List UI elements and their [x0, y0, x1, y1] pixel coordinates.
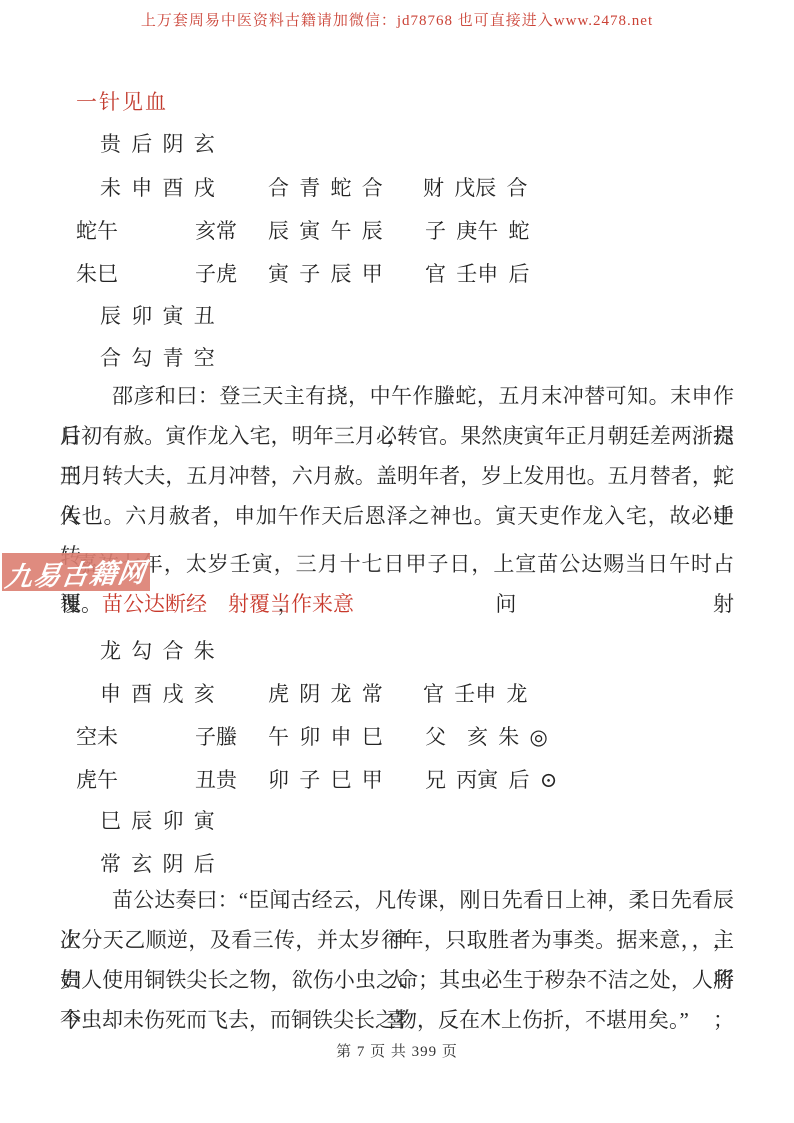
- paragraph-line: 苗公达奏曰：“臣闻古经云，凡传课，刚日先看日上神，柔日先看辰上神，: [60, 880, 734, 920]
- paragraph-line: 妇人使用铜铁尖长之物，欲伤小虫之命；其虫必生于秽杂不洁之处，人所不喜；: [60, 960, 734, 1000]
- chart-row-middle-2: 朱巳 子虎 寅 子 辰 甲 官 壬申 后: [60, 258, 734, 284]
- paragraph-jiayou: 嘉祐七年，太岁壬寅，三月十七日甲子日，上宣苗公达赐当日午时占课，问射 覆。苗公达…: [60, 544, 734, 624]
- paragraph-miao: 苗公达奏曰：“臣闻古经云，凡传课，刚日先看日上神，柔日先看辰上神， 次分天乙顺逆…: [60, 880, 734, 1040]
- paragraph-line: 次分天乙顺逆，及看三传，并太岁行年，只取胜者为事类。据来意，，主贵人将: [60, 920, 734, 960]
- liuren-chart-2: 龙 勾 合 朱 申 酉 戌 亥 虎 阴 龙 常 官 壬申 龙 空未 子螣 午 卯…: [60, 635, 734, 880]
- chart-row-heaven-top: 龙 勾 合 朱: [60, 635, 734, 661]
- paragraph-line: 三月转大夫，五月冲替，六月赦。盖明年者，岁上发用也。五月替者，蛇入中: [60, 456, 734, 496]
- chart-cell: 兄 丙寅 后 ⊙: [425, 764, 557, 794]
- paragraph-line: 邵彦和曰：登三天主有挠，中午作螣蛇，五月末冲替可知。末申作后，六: [60, 376, 734, 416]
- line-red-annotation: 苗公达断经 射覆当作来意: [102, 592, 354, 616]
- watermark-badge: 九易古籍网: [2, 553, 150, 591]
- chart-row-middle-1: 空未 子螣 午 卯 申 巳 父 亥 朱 ◎: [60, 721, 734, 747]
- liuren-chart-1: 贵 后 阴 玄 未 申 酉 戌 合 青 蛇 合 财 戊辰 合 蛇午 亥常 辰 寅…: [60, 128, 734, 373]
- chart-cell: 朱巳: [76, 258, 118, 288]
- chart-cell: 午 卯 申 巳: [268, 721, 383, 751]
- chart-cell: 合 勾 青 空: [100, 342, 215, 372]
- chart-cell: 子虎: [195, 258, 237, 288]
- chart-cell: 官 壬申 后: [425, 258, 530, 288]
- chart-row-heaven: 申 酉 戌 亥 虎 阴 龙 常 官 壬申 龙: [60, 678, 734, 704]
- chart-cell: 常 玄 阴 后: [100, 848, 215, 878]
- chart-row-heaven: 未 申 酉 戌 合 青 蛇 合 财 戊辰 合: [60, 172, 734, 198]
- chart-row-middle-1: 蛇午 亥常 辰 寅 午 辰 子 庚午 蛇: [60, 215, 734, 241]
- page-number: 第 7 页 共 399 页: [0, 1040, 794, 1061]
- chart-cell: 辰 卯 寅 丑: [100, 300, 215, 330]
- paragraph-line: 嘉祐七年，太岁壬寅，三月十七日甲子日，上宣苗公达赐当日午时占课，问射: [60, 544, 734, 584]
- chart-cell: 合 青 蛇 合: [268, 172, 383, 202]
- chart-cell: 父 亥 朱 ◎: [425, 721, 548, 751]
- chart-cell: 贵 后 阴 玄: [100, 128, 215, 158]
- chart-cell: 辰 寅 午 辰: [268, 215, 383, 245]
- chart-row-earth-1: 辰 卯 寅 丑: [60, 300, 734, 326]
- chart-cell: 空未: [76, 721, 118, 751]
- chart-cell: 亥常: [195, 215, 237, 245]
- line-black-part: 覆。: [60, 592, 102, 616]
- chart-row-earth-1: 巳 辰 卯 寅: [60, 805, 734, 831]
- chart-cell: 申 酉 戌 亥: [100, 678, 215, 708]
- chart-row-middle-2: 虎午 丑贵 卯 子 巳 甲 兄 丙寅 后 ⊙: [60, 764, 734, 790]
- document-page: 上万套周易中医资料古籍请加微信：jd78768 也可直接进入www.2478.n…: [0, 0, 794, 1123]
- chart-cell: 蛇午: [76, 215, 118, 245]
- chart-cell: 未 申 酉 戌: [100, 172, 215, 202]
- paragraph-line: 月初有赦。寅作龙入宅，明年三月必转官。果然庚寅年正月朝廷差两浙提刑，: [60, 416, 734, 456]
- chart-cell: 虎 阴 龙 常: [268, 678, 383, 708]
- chart-cell: 龙 勾 合 朱: [100, 635, 215, 665]
- chart-cell: 卯 子 巳 甲: [268, 764, 383, 794]
- chart-row-earth-2: 合 勾 青 空: [60, 342, 734, 368]
- watermark-text: 九易古籍网: [3, 550, 149, 594]
- chart-cell: 虎午: [76, 764, 118, 794]
- section-title: 一针见血: [76, 86, 168, 116]
- chart-cell: 寅 子 辰 甲: [268, 258, 383, 288]
- chart-row-heaven-top: 贵 后 阴 玄: [60, 128, 734, 154]
- chart-cell: 财 戊辰 合: [423, 172, 528, 202]
- header-notice: 上万套周易中医资料古籍请加微信：jd78768 也可直接进入www.2478.n…: [0, 9, 794, 30]
- chart-cell: 官 壬申 龙: [423, 678, 528, 708]
- paragraph-shao: 邵彦和曰：登三天主有挠，中午作螣蛇，五月末冲替可知。末申作后，六 月初有赦。寅作…: [60, 376, 734, 536]
- chart-cell: 子 庚午 蛇: [425, 215, 530, 245]
- chart-cell: 丑贵: [195, 764, 237, 794]
- chart-cell: 巳 辰 卯 寅: [100, 805, 215, 835]
- paragraph-line: 今虫却未伤死而飞去，而铜铁尖长之物，反在木上伤折，不堪用矣。”: [60, 1000, 734, 1040]
- chart-row-earth-2: 常 玄 阴 后: [60, 848, 734, 874]
- paragraph-line: 传也。六月赦者，申加午作天后恩泽之神也。寅天吏作龙入宅，故必迁转。: [60, 496, 734, 536]
- chart-cell: 子螣: [195, 721, 237, 751]
